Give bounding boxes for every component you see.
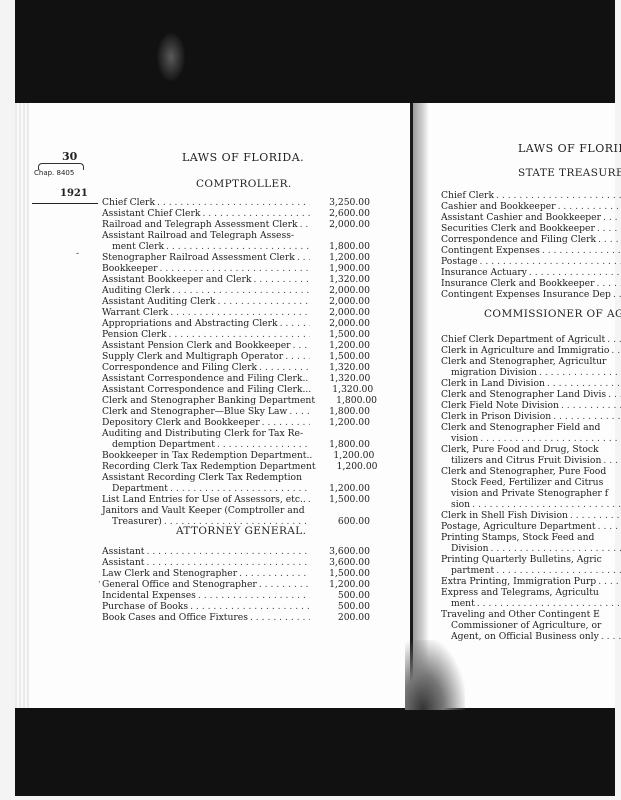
list-item: General Office and Stenographer1,200.00 [102, 579, 370, 590]
item-label: Warrant Clerk [102, 307, 168, 318]
list-item: Clerk in Agriculture and Immigratio [441, 345, 621, 356]
section-heading-attorney-general: ATTORNEY GENERAL. [176, 525, 306, 537]
list-item: Purchase of Books500.00 [102, 601, 370, 612]
list-item: Clerk and Stenographer Banking Departmen… [102, 395, 370, 406]
list-item: Securities Clerk and Bookkeeper [441, 223, 621, 234]
item-amount: 1,800.00 [312, 406, 370, 417]
item-label: Postage, Agriculture Department [441, 521, 596, 532]
item-label: Correspondence and Filing Clerk [102, 362, 257, 373]
item-label: Contingent Expenses Insurance Dep [441, 289, 611, 300]
leader-dots [596, 278, 621, 289]
leader-dots [259, 579, 310, 590]
list-item: Assistant Bookkeeper and Clerk1,320.00 [102, 274, 370, 285]
year-note: 1921 [60, 188, 88, 199]
item-amount: 3,250.00 [312, 197, 370, 208]
item-amount: 1,200.00 [312, 417, 370, 428]
item-label-continuation: Department [112, 483, 168, 494]
leader-dots [603, 212, 621, 223]
item-amount: 1,320.00 [315, 384, 373, 395]
item-label: Assistant Cashier and Bookkeeper [441, 212, 601, 223]
item-label-continuation: partment [451, 565, 494, 576]
leader-dots [561, 400, 621, 411]
leader-dots [169, 329, 310, 340]
list-item: Chief Clerk [441, 190, 621, 201]
gutter-shadow-bottom [405, 640, 465, 710]
item-label: Chief Clerk [102, 197, 155, 208]
leader-dots [308, 494, 310, 505]
leader-dots [480, 256, 621, 267]
item-label: Book Cases and Office Fixtures [102, 612, 248, 623]
item-amount: 3,600.00 [312, 557, 370, 568]
leader-dots [280, 318, 310, 329]
leader-dots [259, 362, 310, 373]
list-item: Warrant Clerk2,000.00 [102, 307, 370, 318]
list-item: Assistant3,600.00 [102, 546, 370, 557]
page-edge-shadow [15, 103, 29, 708]
leader-dots [496, 565, 621, 576]
item-label: Law Clerk and Stenographer [102, 568, 237, 579]
item-label-continuation: sion [451, 499, 470, 510]
list-item: Chief Clerk3,250.00 [102, 197, 370, 208]
leader-dots [297, 252, 310, 263]
item-label: Insurance Actuary [441, 267, 527, 278]
list-item: Assistant Chief Clerk2,600.00 [102, 208, 370, 219]
scan-border-bottom [15, 708, 615, 796]
list-item: Clerk and Stenographer, Pure FoodStock F… [441, 466, 621, 510]
scan-speckle [157, 33, 185, 81]
leader-dots [598, 234, 621, 245]
running-head-right: LAWS OF FLORID [518, 142, 621, 155]
item-label: Depository Clerk and Bookkeeper [102, 417, 260, 428]
list-item: Postage, Agriculture Department [441, 521, 621, 532]
item-label: Extra Printing, Immigration Purp [441, 576, 596, 587]
leader-dots [300, 219, 310, 230]
item-amount: 2,000.00 [312, 307, 370, 318]
list-item: Traveling and Other Contingent ECommissi… [441, 609, 621, 642]
leader-dots [472, 499, 621, 510]
list-item: Clerk in Prison Division [441, 411, 621, 422]
gutter-shadow [413, 103, 429, 708]
list-item: Book Cases and Office Fixtures200.00 [102, 612, 370, 623]
leader-dots [601, 631, 621, 642]
item-label: Supply Clerk and Multigraph Operator [102, 351, 283, 362]
item-label: Clerk and Stenographer—Blue Sky Law [102, 406, 287, 417]
list-item: Clerk and Stenographer Land Divis [441, 389, 621, 400]
list-item: Chief Clerk Department of Agricult [441, 334, 621, 345]
item-label: Clerk and Stenographer Banking Departmen… [102, 395, 315, 406]
section-heading-comptroller: COMPTROLLER. [196, 178, 292, 190]
item-amount: 500.00 [312, 590, 370, 601]
item-label: Printing Stamps, Stock Feed and [441, 532, 594, 543]
item-label: Correspondence and Filing Clerk [441, 234, 596, 245]
item-label: Janitors and Vault Keeper (Comptroller a… [102, 505, 305, 516]
leader-dots [172, 285, 310, 296]
leader-dots [147, 546, 311, 557]
item-label: Purchase of Books [102, 601, 188, 612]
list-item: List Land Entries for Use of Assessors, … [102, 494, 370, 505]
item-label: Assistant Bookkeeper and Clerk [102, 274, 251, 285]
leader-dots [289, 406, 310, 417]
item-amount: 1,800.00 [312, 439, 370, 450]
page-number: 30 [62, 150, 77, 163]
item-label: Bookkeeper [102, 263, 158, 274]
item-label-continuation: vision [451, 433, 478, 444]
list-item: Janitors and Vault Keeper (Comptroller a… [102, 505, 370, 527]
item-label-continuation: migration Division [451, 367, 537, 378]
list-item: Printing Quarterly Bulletins, Agricpartm… [441, 554, 621, 576]
item-amount: 200.00 [312, 612, 370, 623]
leader-dots [160, 263, 310, 274]
list-item: Correspondence and Filing Clerk [441, 234, 621, 245]
item-label: Insurance Clerk and Bookkeeper [441, 278, 594, 289]
list-item: Appropriations and Abstracting Clerk2,00… [102, 318, 370, 329]
leader-dots [597, 223, 621, 234]
item-label: Assistant Railroad and Telegraph Assess- [102, 230, 294, 241]
item-amount: 3,600.00 [312, 546, 370, 557]
list-item: Bookkeeper1,900.00 [102, 263, 370, 274]
item-label: Clerk and Stenographer Field and [441, 422, 600, 433]
item-amount: 600.00 [312, 516, 370, 527]
leader-dots [217, 439, 310, 450]
item-amount: 1,500.00 [312, 494, 370, 505]
item-label: Assistant Chief Clerk [102, 208, 200, 219]
item-label: Pension Clerk [102, 329, 167, 340]
attorney-general-list: Assistant3,600.00Assistant3,600.00Law Cl… [102, 546, 370, 623]
item-label-continuation: demption Department [112, 439, 215, 450]
list-item: Depository Clerk and Bookkeeper1,200.00 [102, 417, 370, 428]
item-label-continuation: Stock Feed, Fertilizer and Citrus [451, 477, 603, 488]
leader-dots [558, 201, 621, 212]
item-label: Assistant Correspondence and Filing Cler… [102, 373, 308, 384]
item-label: Recording Clerk Tax Redemption Departmen… [102, 461, 316, 472]
item-label: Cashier and Bookkeeper [441, 201, 556, 212]
item-label-continuation: Treasurer) [112, 516, 162, 527]
list-item: Railroad and Telegraph Assessment Clerk2… [102, 219, 370, 230]
leader-dots [170, 483, 310, 494]
item-label: Securities Clerk and Bookkeeper [441, 223, 595, 234]
leader-dots [253, 274, 310, 285]
margin-mark: · [98, 578, 101, 588]
item-label: Clerk in Land Division [441, 378, 545, 389]
list-item: Bookkeeper in Tax Redemption Department.… [102, 450, 370, 461]
list-item: Assistant Recording Clerk Tax Redemption… [102, 472, 370, 494]
list-item: Extra Printing, Immigration Purp [441, 576, 621, 587]
list-item: Assistant Auditing Clerk2,000.00 [102, 296, 370, 307]
leader-dots [542, 245, 621, 256]
item-label-continuation: ment Clerk [112, 241, 164, 252]
list-item: Recording Clerk Tax Redemption Departmen… [102, 461, 370, 472]
list-item: Correspondence and Filing Clerk1,320.00 [102, 362, 370, 373]
item-label: Clerk, Pure Food and Drug, Stock [441, 444, 599, 455]
state-treasurer-list: Chief ClerkCashier and BookkeeperAssista… [441, 190, 621, 300]
item-label-continuation: Commissioner of Agriculture, or [451, 620, 601, 631]
item-label: Chief Clerk Department of Agricult [441, 334, 605, 345]
item-amount: 2,000.00 [312, 296, 370, 307]
leader-dots [607, 334, 621, 345]
item-amount: 2,000.00 [312, 285, 370, 296]
list-item: Assistant Correspondence and Filing Cler… [102, 373, 370, 384]
leader-dots [603, 455, 621, 466]
list-item: Auditing Clerk2,000.00 [102, 285, 370, 296]
list-item: Contingent Expenses [441, 245, 621, 256]
item-label: Assistant [102, 546, 145, 557]
item-label: Auditing and Distributing Clerk for Tax … [102, 428, 303, 439]
item-amount: 2,600.00 [312, 208, 370, 219]
leader-dots [202, 208, 310, 219]
item-label: Assistant Pension Clerk and Bookkeeper [102, 340, 291, 351]
item-amount: 1,800.00 [319, 395, 377, 406]
list-item: Insurance Clerk and Bookkeeper [441, 278, 621, 289]
item-label: Clerk in Shell Fish Division [441, 510, 568, 521]
leader-dots [166, 241, 310, 252]
item-label: Clerk in Prison Division [441, 411, 551, 422]
leader-dots [613, 289, 621, 300]
item-amount: 1,320.00 [312, 373, 370, 384]
list-item: Clerk Field Note Division [441, 400, 621, 411]
item-label-continuation: vision and Private Stenographer f [451, 488, 608, 499]
leader-dots [250, 612, 310, 623]
list-item: Clerk in Shell Fish Division [441, 510, 621, 521]
item-amount: 1,320.00 [312, 362, 370, 373]
leader-dots [547, 378, 621, 389]
item-label: Assistant Auditing Clerk [102, 296, 216, 307]
section-heading-commissioner-agriculture: COMMISSIONER OF AGR [484, 308, 621, 320]
leader-dots [147, 557, 311, 568]
item-amount: 1,500.00 [312, 351, 370, 362]
item-label: Assistant Correspondence and Filing Cler… [102, 384, 311, 395]
list-item: Clerk and Stenographer, Agriculturmigrat… [441, 356, 621, 378]
margin-mark: - [76, 249, 79, 259]
list-item: Incidental Expenses500.00 [102, 590, 370, 601]
item-label: Bookkeeper in Tax Redemption Department.… [102, 450, 312, 461]
item-label: Printing Quarterly Bulletins, Agric [441, 554, 602, 565]
margin-rule [32, 203, 98, 204]
item-label: Appropriations and Abstracting Clerk [102, 318, 278, 329]
item-label: Assistant [102, 557, 145, 568]
item-label-continuation: tilizers and Citrus Fruit Division [451, 455, 601, 466]
running-head-left: LAWS OF FLORIDA. [182, 151, 304, 164]
list-item: Auditing and Distributing Clerk for Tax … [102, 428, 370, 450]
item-amount: 1,200.00 [316, 450, 374, 461]
item-label-continuation: Division [451, 543, 489, 554]
item-amount: 1,800.00 [312, 241, 370, 252]
list-item: Contingent Expenses Insurance Dep [441, 289, 621, 300]
list-item: Assistant Cashier and Bookkeeper [441, 212, 621, 223]
item-label: Contingent Expenses [441, 245, 540, 256]
leader-dots [598, 521, 621, 532]
item-label: Clerk and Stenographer Land Divis [441, 389, 606, 400]
list-item: Clerk in Land Division [441, 378, 621, 389]
leader-dots [477, 598, 621, 609]
leader-dots [598, 576, 621, 587]
leader-dots [529, 267, 621, 278]
item-label: Clerk and Stenographer, Agricultur [441, 356, 606, 367]
list-item: Assistant Pension Clerk and Bookkeeper1,… [102, 340, 370, 351]
item-label: Postage [441, 256, 478, 267]
item-amount: 1,200.00 [312, 483, 370, 494]
item-amount: 1,200.00 [312, 579, 370, 590]
leader-dots [611, 345, 621, 356]
leader-dots [239, 568, 310, 579]
item-amount: 1,200.00 [320, 461, 378, 472]
item-label-continuation: Agent, on Official Business only [451, 631, 599, 642]
list-item: Cashier and Bookkeeper [441, 201, 621, 212]
comptroller-list: Chief Clerk3,250.00Assistant Chief Clerk… [102, 197, 370, 527]
item-label: Auditing Clerk [102, 285, 170, 296]
list-item: Assistant Correspondence and Filing Cler… [102, 384, 370, 395]
item-label: Traveling and Other Contingent E [441, 609, 600, 620]
leader-dots [285, 351, 310, 362]
item-amount: 1,900.00 [312, 263, 370, 274]
commissioner-agriculture-list: Chief Clerk Department of AgricultClerk … [441, 334, 621, 642]
leader-dots [190, 601, 310, 612]
leader-dots [170, 307, 310, 318]
list-item: Clerk, Pure Food and Drug, Stocktilizers… [441, 444, 621, 466]
list-item: Postage [441, 256, 621, 267]
leader-dots [198, 590, 310, 601]
list-item: Supply Clerk and Multigraph Operator1,50… [102, 351, 370, 362]
item-amount: 1,320.00 [312, 274, 370, 285]
item-amount: 1,500.00 [312, 568, 370, 579]
list-item: Express and Telegrams, Agricultument [441, 587, 621, 609]
leader-dots [570, 510, 621, 521]
leader-dots [496, 190, 621, 201]
list-item: Assistant Railroad and Telegraph Assess-… [102, 230, 370, 252]
item-label: General Office and Stenographer [102, 579, 257, 590]
section-heading-state-treasurer: STATE TREASURE [518, 167, 621, 179]
item-label-continuation: ment [451, 598, 475, 609]
leader-dots [480, 433, 621, 444]
item-label: Clerk and Stenographer, Pure Food [441, 466, 606, 477]
leader-dots [553, 411, 621, 422]
leader-dots [608, 389, 621, 400]
item-label: List Land Entries for Use of Assessors, … [102, 494, 306, 505]
list-item: Stenographer Railroad Assessment Clerk1,… [102, 252, 370, 263]
list-item: Clerk and Stenographer—Blue Sky Law1,800… [102, 406, 370, 417]
item-label: Clerk Field Note Division [441, 400, 559, 411]
scan-border-top [15, 0, 615, 103]
item-amount: 1,200.00 [312, 340, 370, 351]
item-amount: 2,000.00 [312, 318, 370, 329]
item-label: Incidental Expenses [102, 590, 196, 601]
chapter-note: Chap. 8405 [34, 169, 74, 177]
list-item: Printing Stamps, Stock Feed andDivision [441, 532, 621, 554]
item-label: Clerk in Agriculture and Immigratio [441, 345, 609, 356]
leader-dots [157, 197, 310, 208]
leader-dots [491, 543, 621, 554]
item-label: Stenographer Railroad Assessment Clerk [102, 252, 295, 263]
item-label: Assistant Recording Clerk Tax Redemption [102, 472, 302, 483]
list-item: Pension Clerk1,500.00 [102, 329, 370, 340]
leader-dots [262, 417, 310, 428]
list-item: Law Clerk and Stenographer1,500.00 [102, 568, 370, 579]
list-item: Insurance Actuary [441, 267, 621, 278]
item-amount: 1,200.00 [312, 252, 370, 263]
list-item: Clerk and Stenographer Field andvision [441, 422, 621, 444]
leader-dots [218, 296, 310, 307]
item-amount: 500.00 [312, 601, 370, 612]
item-label: Railroad and Telegraph Assessment Clerk [102, 219, 298, 230]
item-label: Chief Clerk [441, 190, 494, 201]
item-label: Express and Telegrams, Agricultu [441, 587, 599, 598]
item-amount: 1,500.00 [312, 329, 370, 340]
leader-dots [539, 367, 621, 378]
leader-dots [293, 340, 310, 351]
item-amount: 2,000.00 [312, 219, 370, 230]
list-item: Assistant3,600.00 [102, 557, 370, 568]
